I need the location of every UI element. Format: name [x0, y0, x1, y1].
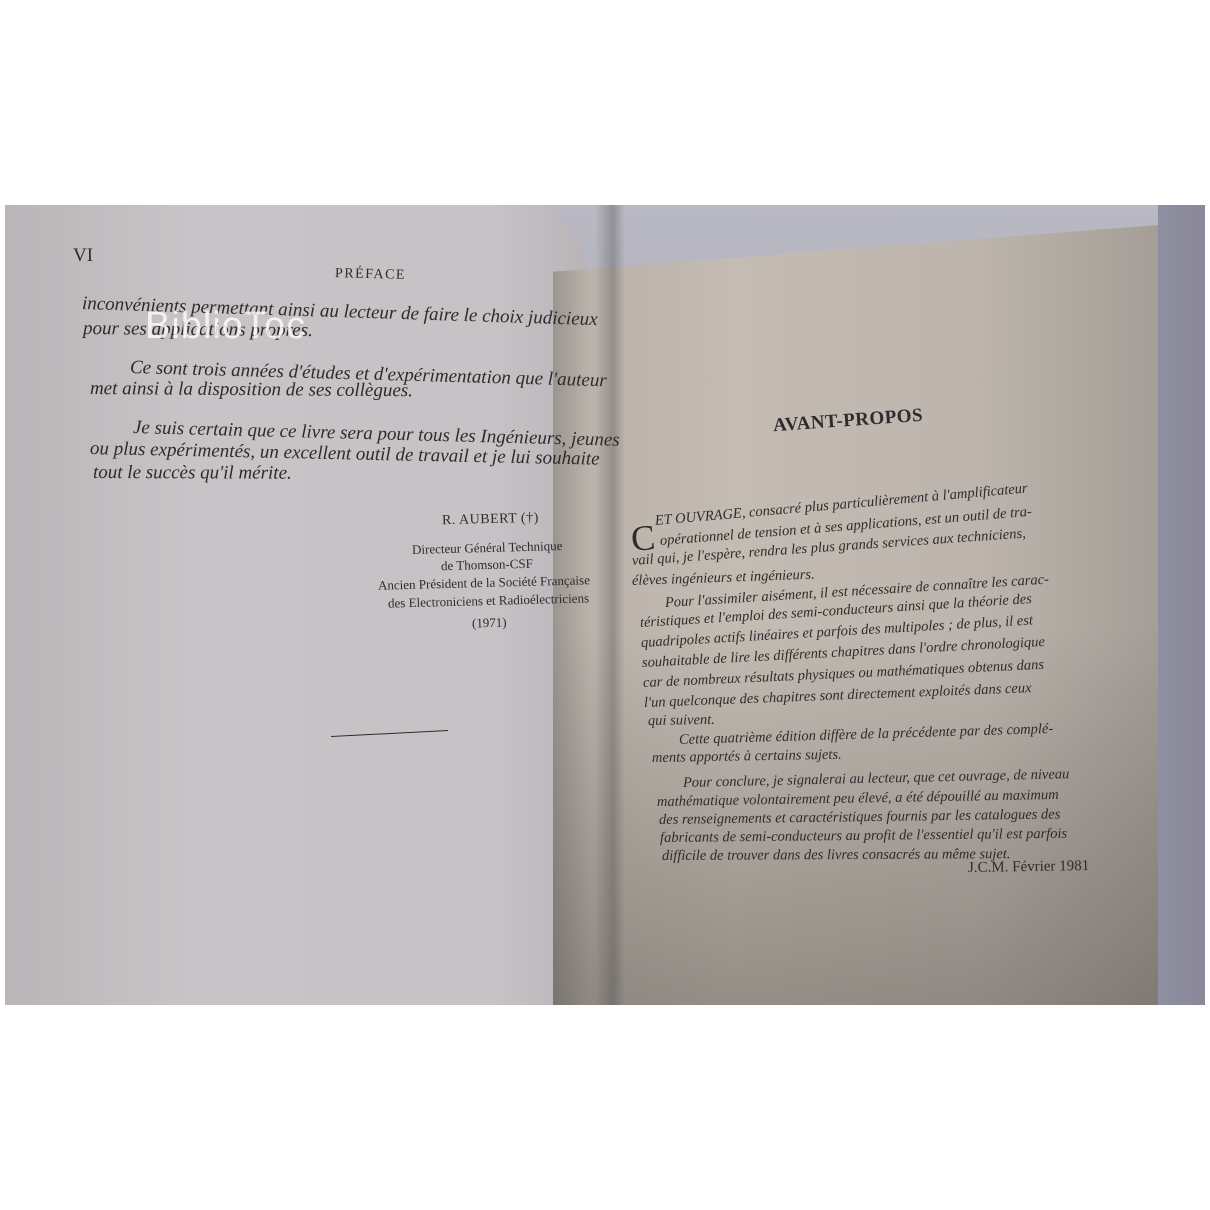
right-backdrop-edge — [1158, 205, 1205, 1005]
signature-year: (1971) — [472, 615, 507, 632]
signature-name: R. AUBERT (†) — [442, 511, 539, 530]
book-spine-shadow — [595, 205, 625, 1005]
signature-title: de Thomson-CSF — [441, 556, 533, 574]
running-head: PRÉFACE — [335, 266, 406, 284]
book-photo: VI PRÉFACE inconvénients permettant ains… — [5, 205, 1205, 1005]
watermark: BiblioToc — [145, 305, 306, 348]
page-number: VI — [73, 245, 93, 267]
foreword-line: difficile de trouver dans des livres con… — [662, 846, 1011, 865]
date-signature: J.C.M. Février 1981 — [968, 858, 1090, 877]
preface-line: met ainsi à la disposition de ses collèg… — [90, 378, 413, 402]
foreword-line: ments apportés à certains sujets. — [652, 747, 842, 767]
foreword-line: qui suivent. — [648, 712, 715, 730]
preface-line: tout le succès qu'il mérite. — [93, 462, 292, 485]
